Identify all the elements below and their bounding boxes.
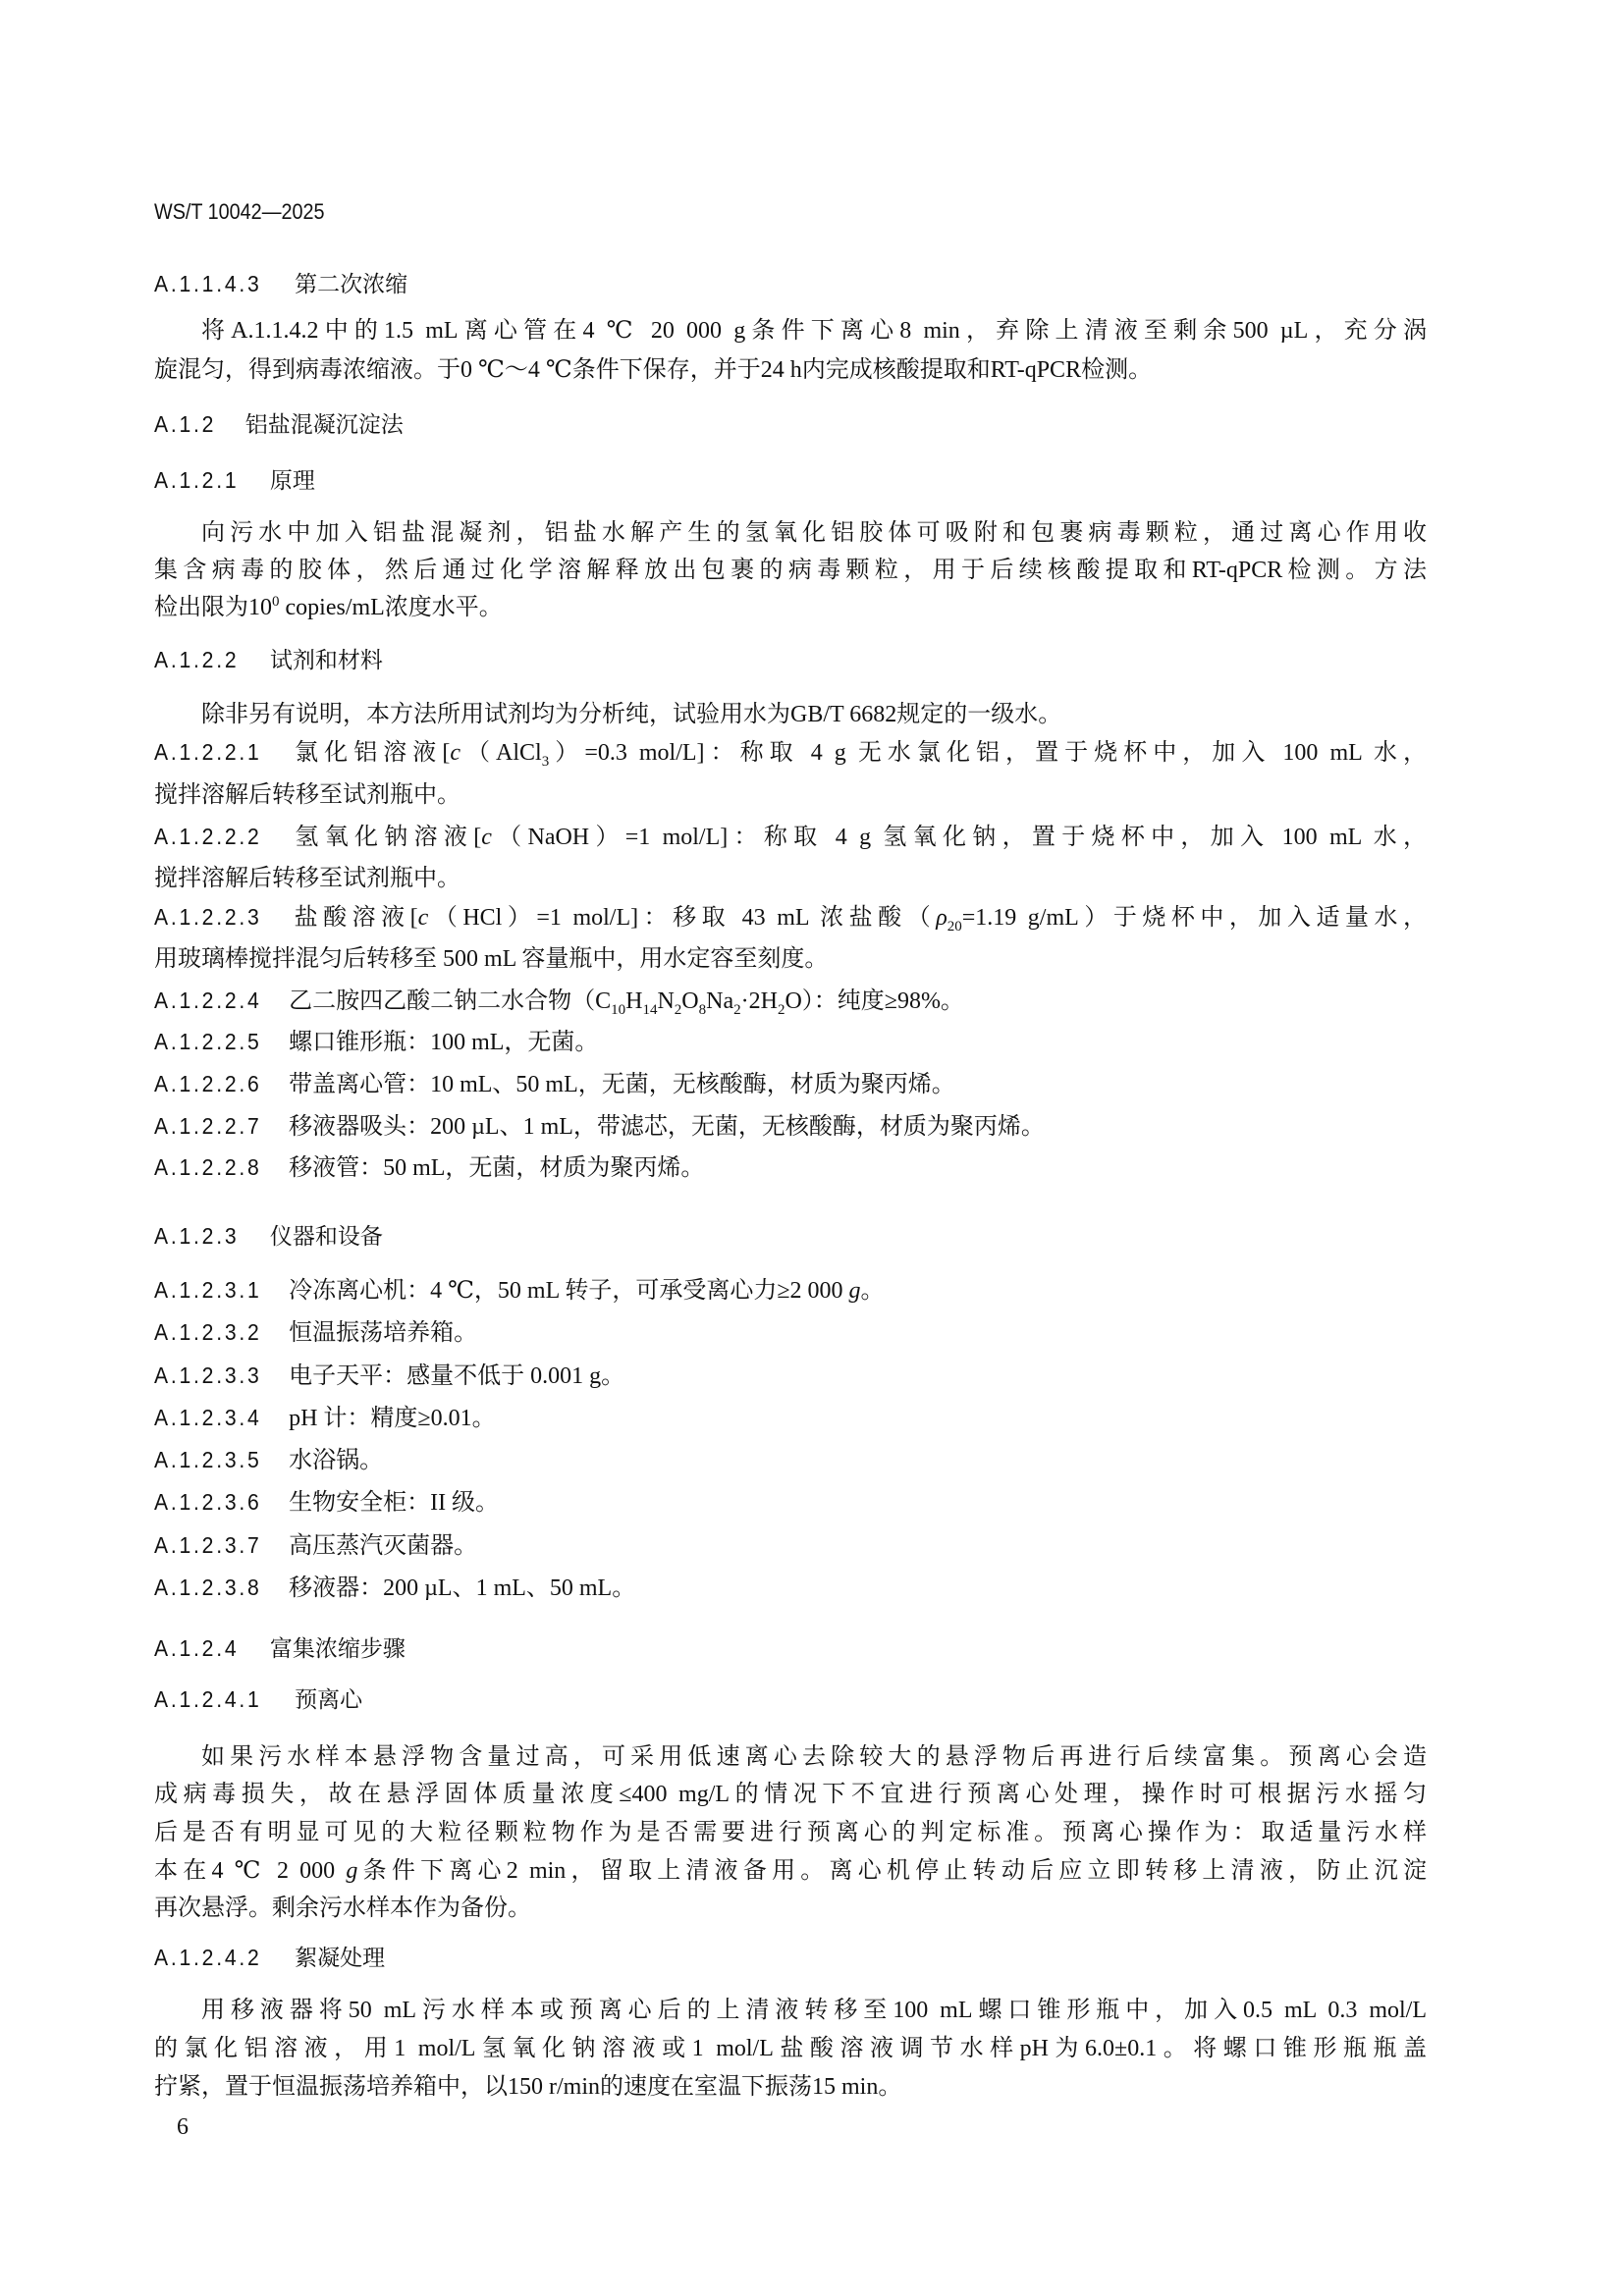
subscript: 8 (699, 1002, 707, 1018)
text-run: Na (706, 988, 733, 1014)
section-title: 铝盐混凝沉淀法 (245, 411, 404, 437)
list-item: A.1.2.2.2氢氧化钠溶液[c（NaOH）=1 mol/L]：称取 4 g … (154, 826, 1427, 849)
text-run: H (625, 988, 642, 1014)
item-number: A.1.2.2.8 (154, 1156, 262, 1179)
section-heading-a122: A.1.2.2试剂和材料 (154, 649, 383, 671)
section-heading-a1143: A.1.1.4.3第二次浓缩 (154, 273, 407, 295)
text-run: ·2H (741, 988, 778, 1014)
variable: ρ (936, 905, 947, 931)
paragraph-line: 搅拌溶解后转移至试剂瓶中。 (154, 783, 460, 807)
section-number: A.1.2.4.1 (154, 1688, 262, 1711)
list-item: A.1.2.2.7移液器吸头：200 µL、1 mL，带滤芯，无菌，无核酸酶，材… (154, 1115, 1045, 1139)
item-text: 高压蒸汽灭菌器。 (289, 1533, 477, 1559)
subscript: 20 (947, 919, 962, 934)
section-number: A.1.2 (154, 413, 216, 436)
item-number: A.1.2.3.6 (154, 1491, 262, 1514)
text-run: N (657, 988, 674, 1014)
text-run: 氢氧化钠溶液[ (289, 825, 481, 850)
page-number: 6 (177, 2115, 189, 2139)
text-run: （NaOH）=1 mol/L]：称取 4 g 氢氧化钠，置于烧杯中，加入 100… (492, 825, 1427, 850)
paragraph-line: 的氯化铝溶液，用1 mol/L氢氧化钠溶液或1 mol/L盐酸溶液调节水样pH为… (154, 2037, 1427, 2060)
section-heading-a1241: A.1.2.4.1预离心 (154, 1688, 362, 1711)
text-run: ）=0.3 mol/L]：称取 4 g 无水氯化铝，置于烧杯中，加入 100 m… (549, 740, 1427, 766)
item-number: A.1.2.2.4 (154, 989, 262, 1012)
section-number: A.1.1.4.3 (154, 273, 262, 295)
paragraph-line: 用玻璃棒搅拌混匀后转移至 500 mL 容量瓶中，用水定容至刻度。 (154, 947, 828, 971)
section-title: 仪器和设备 (270, 1223, 383, 1249)
text-run: 条件下离心2 min，留取上清液备用。离心机停止转动后应立即转移上清液，防止沉淀 (357, 1858, 1427, 1884)
paragraph-line: 再次悬浮。剩余污水样本作为备份。 (154, 1896, 531, 1920)
item-number: A.1.2.2.1 (154, 741, 262, 764)
section-heading-a12: A.1.2铝盐混凝沉淀法 (154, 413, 404, 436)
section-number: A.1.2.3 (154, 1225, 239, 1248)
item-text: 恒温振荡培养箱。 (289, 1320, 477, 1346)
list-item: A.1.2.3.5水浴锅。 (154, 1449, 383, 1472)
section-heading-a1242: A.1.2.4.2絮凝处理 (154, 1947, 385, 1969)
list-item: A.1.2.2.4乙二胺四乙酸二钠二水合物（C10H14N2O8Na2·2H2O… (154, 989, 964, 1013)
item-number: A.1.2.3.1 (154, 1279, 262, 1302)
section-title: 预离心 (295, 1686, 362, 1712)
item-text: 电子天平：感量不低于 0.001 g。 (289, 1363, 624, 1389)
item-number: A.1.2.2.6 (154, 1073, 262, 1095)
paragraph-line: 向污水中加入铝盐混凝剂，铝盐水解产生的氢氧化铝胶体可吸附和包裹病毒颗粒，通过离心… (154, 521, 1427, 545)
subscript: 10 (611, 1002, 625, 1018)
item-text: 螺口锥形瓶：100 mL，无菌。 (289, 1030, 598, 1055)
section-heading-a123: A.1.2.3仪器和设备 (154, 1225, 383, 1248)
section-title: 试剂和材料 (270, 647, 383, 672)
section-number: A.1.2.1 (154, 469, 239, 492)
item-text: 水浴锅。 (289, 1448, 383, 1473)
item-number: A.1.2.2.3 (154, 906, 262, 929)
text-run: （HCl）=1 mol/L]：移取 43 mL 浓盐酸（ (428, 905, 936, 931)
section-title: 絮凝处理 (295, 1945, 385, 1970)
item-number: A.1.2.3.2 (154, 1321, 262, 1344)
list-item: A.1.2.2.3盐酸溶液[c（HCl）=1 mol/L]：移取 43 mL 浓… (154, 906, 1427, 930)
paragraph-line: 如果污水样本悬浮物含量过高，可采用低速离心去除较大的悬浮物后再进行后续富集。预离… (154, 1745, 1427, 1769)
paragraph-line: 搅拌溶解后转移至试剂瓶中。 (154, 867, 460, 890)
item-text: 移液器：200 µL、1 mL、50 mL。 (289, 1575, 635, 1601)
list-item: A.1.2.2.6带盖离心管：10 mL、50 mL，无菌，无核酸酶，材质为聚丙… (154, 1073, 955, 1096)
text-run: 本在4 ℃ 2 000 (154, 1858, 346, 1884)
list-item: A.1.2.3.1冷冻离心机：4 ℃，50 mL 转子，可承受离心力≥2 000… (154, 1279, 885, 1303)
subscript: 2 (733, 1002, 741, 1018)
list-item: A.1.2.3.3电子天平：感量不低于 0.001 g。 (154, 1364, 624, 1388)
text-run: 冷冻离心机：4 ℃，50 mL 转子，可承受离心力≥2 000 (289, 1278, 848, 1304)
list-item: A.1.2.3.4pH 计：精度≥0.01。 (154, 1407, 496, 1430)
list-item: A.1.2.2.5螺口锥形瓶：100 mL，无菌。 (154, 1031, 598, 1054)
paragraph-line: 检出限为100 copies/mL浓度水平。 (154, 596, 503, 619)
list-item: A.1.2.2.1氯化铝溶液[c（AlCl3）=0.3 mol/L]：称取 4 … (154, 741, 1427, 765)
paragraph-line: 旋混匀，得到病毒浓缩液。于0 ℃～4 ℃条件下保存，并于24 h内完成核酸提取和… (154, 358, 1152, 382)
text-run: 。 (861, 1278, 885, 1304)
section-heading-a124: A.1.2.4富集浓缩步骤 (154, 1637, 406, 1660)
item-number: A.1.2.3.3 (154, 1364, 262, 1387)
item-number: A.1.2.2.7 (154, 1115, 262, 1138)
paragraph-line: 后是否有明显可见的大粒径颗粒物作为是否需要进行预离心的判定标准。预离心操作为：取… (154, 1821, 1427, 1844)
paragraph-line: 用移液器将50 mL污水样本或预离心后的上清液转移至100 mL螺口锥形瓶中，加… (154, 1999, 1427, 2022)
item-number: A.1.2.2.5 (154, 1031, 262, 1053)
superscript: 0 (272, 594, 280, 610)
list-item: A.1.2.3.6生物安全柜：II 级。 (154, 1491, 499, 1515)
paragraph-line: 成病毒损失，故在悬浮固体质量浓度≤400 mg/L的情况下不宜进行预离心处理，操… (154, 1783, 1427, 1806)
paragraph-line: 除非另有说明，本方法所用试剂均为分析纯，试验用水为GB/T 6682规定的一级水… (154, 703, 1061, 726)
paragraph-line: 拧紧，置于恒温振荡培养箱中，以150 r/min的速度在室温下振荡15 min。 (154, 2075, 901, 2099)
standard-code-header: WS/T 10042—2025 (154, 201, 325, 223)
paragraph-line: 集含病毒的胶体，然后通过化学溶解释放出包裹的病毒颗粒，用于后续核酸提取和RT-q… (154, 559, 1427, 582)
text-run: （AlCl (460, 740, 542, 766)
item-number: A.1.2.3.8 (154, 1576, 262, 1599)
item-number: A.1.2.3.7 (154, 1534, 262, 1557)
subscript: 14 (642, 1002, 657, 1018)
item-number: A.1.2.3.4 (154, 1407, 262, 1429)
item-text: 生物安全柜：II 级。 (289, 1490, 499, 1516)
section-number: A.1.2.4.2 (154, 1947, 262, 1969)
section-title: 原理 (270, 467, 315, 493)
variable: g (849, 1278, 861, 1304)
item-text: 移液器吸头：200 µL、1 mL，带滤芯，无菌，无核酸酶，材质为聚丙烯。 (289, 1114, 1045, 1140)
text-run: 检出限为10 (154, 595, 272, 620)
item-number: A.1.2.3.5 (154, 1449, 262, 1471)
section-heading-a121: A.1.2.1原理 (154, 469, 315, 492)
item-number: A.1.2.2.2 (154, 826, 262, 848)
section-title: 第二次浓缩 (295, 271, 407, 296)
paragraph-line: 将A.1.1.4.2中的1.5 mL离心管在4 ℃ 20 000 g条件下离心8… (154, 319, 1427, 343)
variable: g (346, 1858, 357, 1884)
variable: c (450, 740, 460, 766)
text-run: 乙二胺四乙酸二钠二水合物（C (289, 988, 611, 1014)
variable: c (481, 825, 492, 850)
text-run: copies/mL浓度水平。 (280, 595, 503, 620)
section-number: A.1.2.4 (154, 1637, 239, 1660)
section-number: A.1.2.2 (154, 649, 239, 671)
section-title: 富集浓缩步骤 (270, 1635, 406, 1661)
list-item: A.1.2.2.8移液管：50 mL，无菌，材质为聚丙烯。 (154, 1156, 704, 1180)
item-text: 带盖离心管：10 mL、50 mL，无菌，无核酸酶，材质为聚丙烯。 (289, 1072, 955, 1097)
document-page: WS/T 10042—2025 A.1.1.4.3第二次浓缩 将A.1.1.4.… (0, 0, 1624, 2296)
list-item: A.1.2.3.2恒温振荡培养箱。 (154, 1321, 477, 1345)
item-text: pH 计：精度≥0.01。 (289, 1406, 496, 1431)
variable: c (418, 905, 429, 931)
text-run: O）：纯度≥98%。 (785, 988, 964, 1014)
item-text: 移液管：50 mL，无菌，材质为聚丙烯。 (289, 1155, 704, 1181)
text-run: O (681, 988, 698, 1014)
list-item: A.1.2.3.7高压蒸汽灭菌器。 (154, 1534, 477, 1558)
list-item: A.1.2.3.8移液器：200 µL、1 mL、50 mL。 (154, 1576, 635, 1600)
text-run: 氯化铝溶液[ (289, 740, 450, 766)
text-run: 盐酸溶液[ (289, 905, 418, 931)
paragraph-line: 本在4 ℃ 2 000 g条件下离心2 min，留取上清液备用。离心机停止转动后… (154, 1859, 1427, 1883)
text-run: =1.19 g/mL）于烧杯中，加入适量水， (962, 905, 1427, 931)
